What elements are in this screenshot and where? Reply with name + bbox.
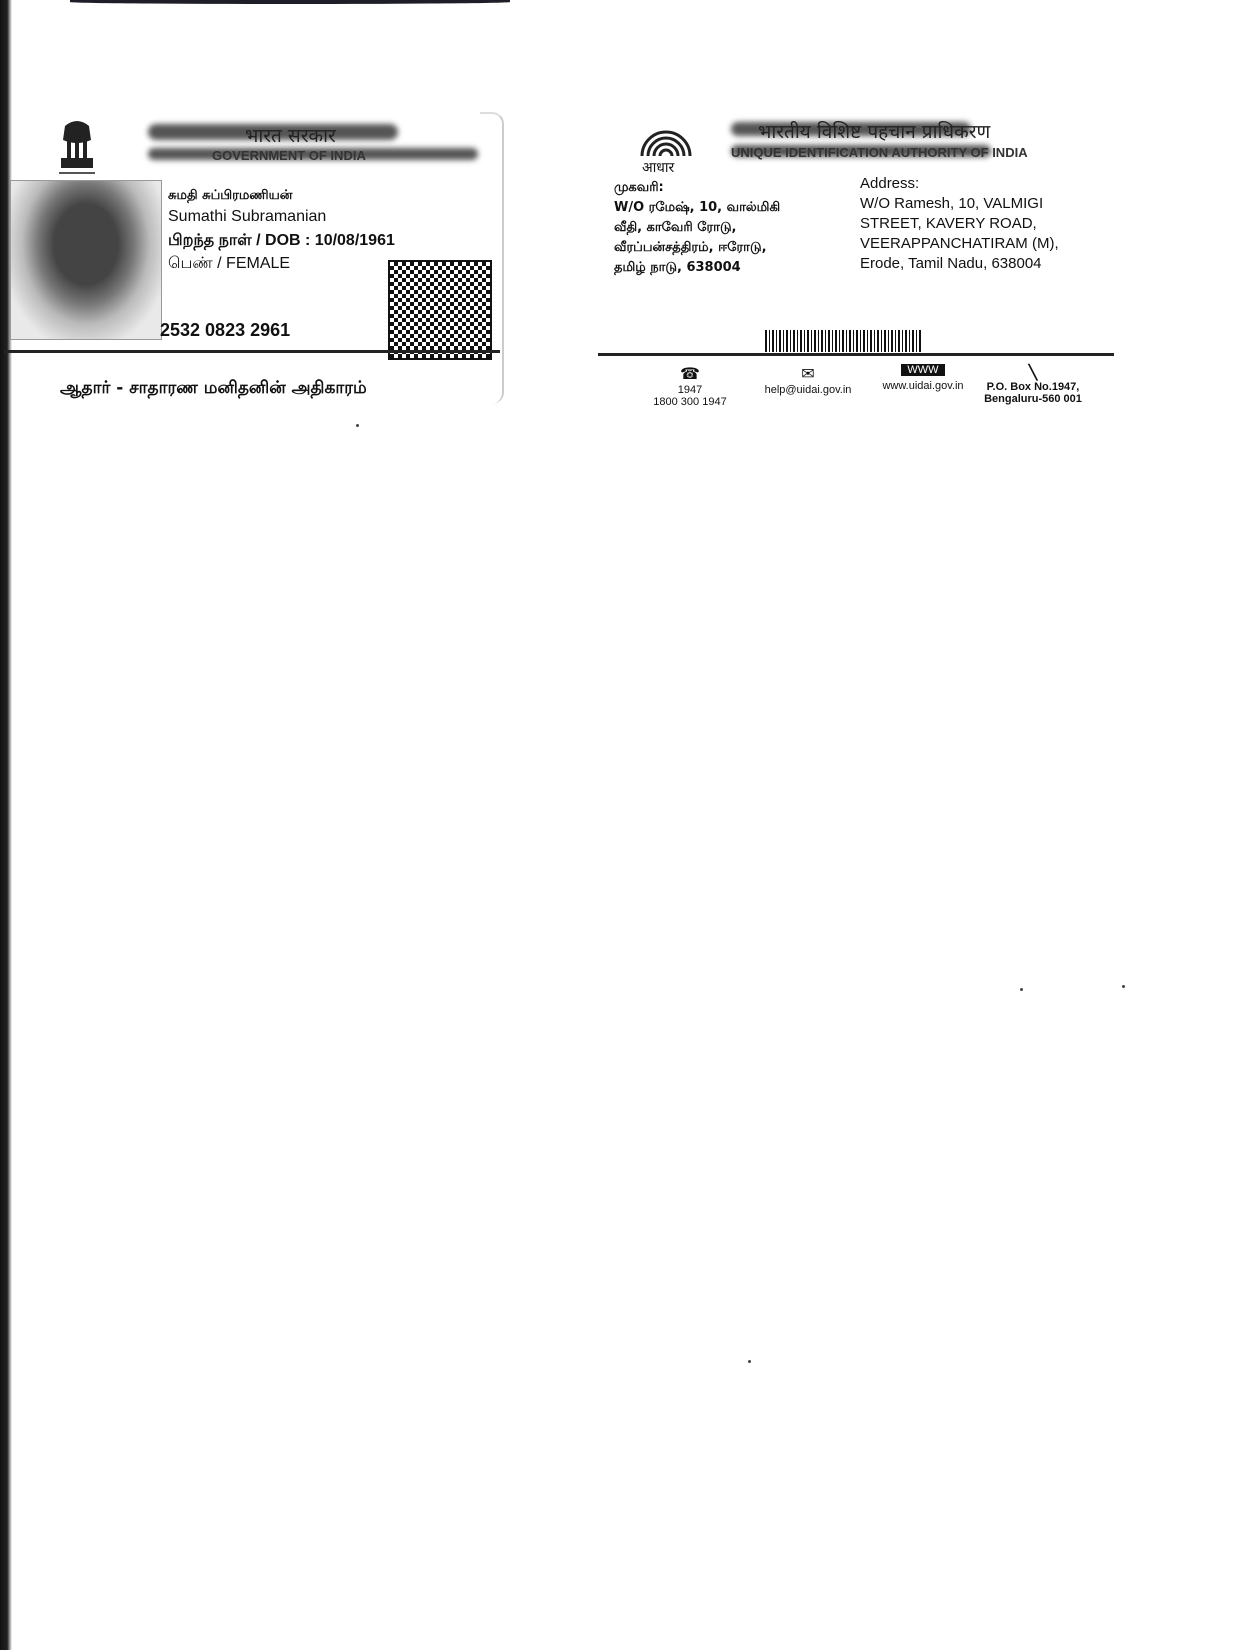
logo-caption: आधार (642, 158, 674, 177)
scan-speck (356, 424, 359, 427)
phone-icon: ☎ (650, 364, 730, 384)
scan-speck (748, 1360, 751, 1363)
scan-edge-top (70, 0, 510, 4)
divider (598, 353, 1114, 356)
name-english: Sumathi Subramanian (168, 208, 326, 226)
mail-icon: ✉ (753, 364, 863, 384)
footer-address: ╲ P.O. Box No.1947, Bengaluru-560 001 (978, 364, 1088, 405)
aadhaar-number: 2532 0823 2961 (160, 320, 290, 341)
scan-speck (1020, 988, 1023, 991)
tagline: ஆதார் - சாதாரண மனிதனின் அதிகாரம் (60, 378, 367, 400)
aadhaar-back-card: आधार भारतीय विशिष्ट पहचान प्राधिकरण UNIQ… (598, 112, 1118, 412)
header-english: GOVERNMENT OF INDIA (212, 148, 366, 163)
divider (4, 350, 500, 353)
header-hindi: भारतीय विशिष्ट पहचान प्राधिकरण (758, 118, 990, 144)
dob: பிறந்த நாள் / DOB : 10/08/1961 (168, 231, 395, 251)
footer-phone: ☎ 1947 1800 300 1947 (650, 364, 730, 408)
header-english: UNIQUE IDENTIFICATION AUTHORITY OF INDIA (731, 145, 1028, 160)
header-hindi: भारत सरकार (245, 122, 336, 148)
aadhaar-front-card: भारत सरकार GOVERNMENT OF INDIA சுமதி சுப… (0, 112, 505, 412)
name-tamil: சுமதி சுப்பிரமணியன் (168, 188, 292, 204)
pen-icon: ╲ (978, 364, 1088, 381)
holder-photo (10, 180, 162, 340)
card-border (480, 112, 504, 404)
scan-speck (1122, 985, 1125, 988)
www-icon: WWW (901, 364, 944, 376)
address-tamil: முகவரி: W/O ரமேஷ், 10, வால்மிகி வீதி, கா… (614, 178, 780, 278)
qr-code (388, 260, 492, 360)
barcode (765, 330, 923, 352)
footer-website: WWW www.uidai.gov.in (873, 364, 973, 392)
gender: பெண் / FEMALE (168, 254, 290, 274)
footer-email: ✉ help@uidai.gov.in (753, 364, 863, 396)
address-english: Address: W/O Ramesh, 10, VALMIGI STREET,… (860, 174, 1059, 274)
national-emblem-icon (55, 118, 99, 180)
